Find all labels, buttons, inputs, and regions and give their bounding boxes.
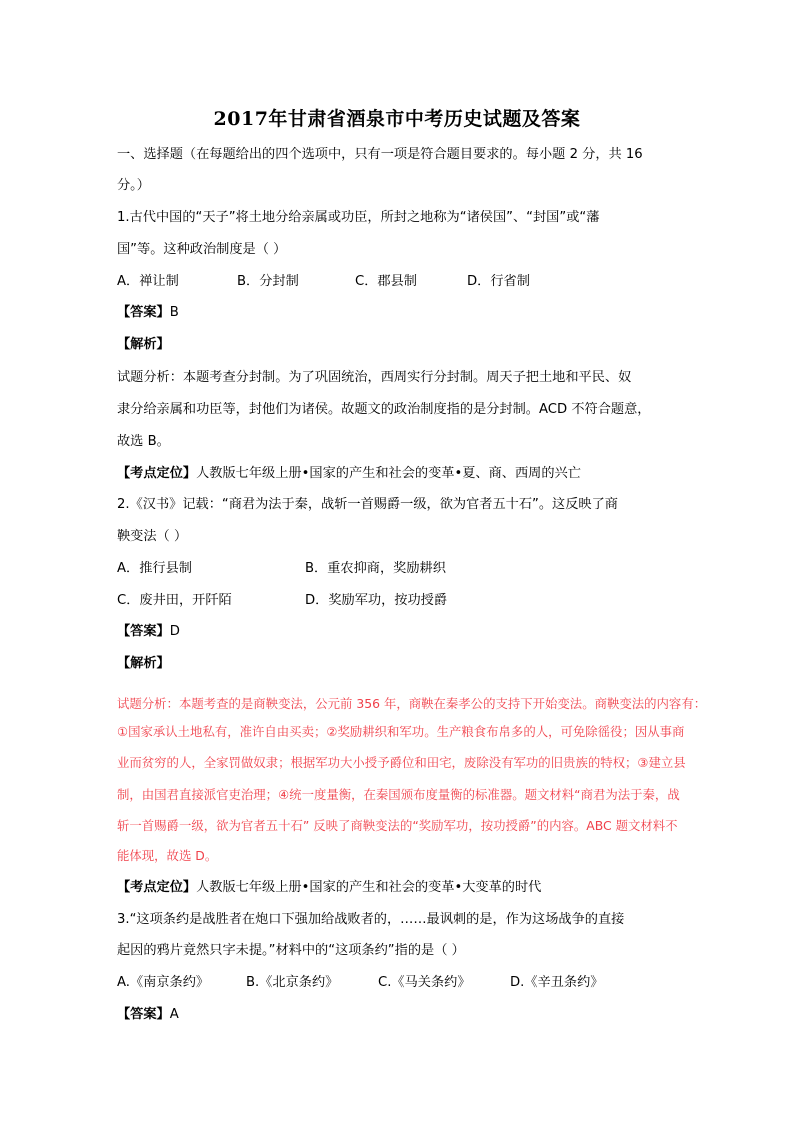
option-a: A．禅让制 xyxy=(117,274,179,290)
option-b: B．分封制 xyxy=(237,274,299,290)
option-d: D．奖励军功，按功授爵 xyxy=(305,593,447,609)
topic-label: 【考点定位】 xyxy=(117,466,196,481)
question-stem: 1.古代中国的“天子”将土地分给亲属或功臣，所封之地称为“诸侯国”、“封国”或“… xyxy=(117,210,599,226)
answer-line: 【答案】B xyxy=(117,305,179,321)
option-a: A.《南京条约》 xyxy=(117,975,209,991)
option-c: C．郡县制 xyxy=(355,274,417,290)
section-header: 一、选择题（在每题给出的四个选项中，只有一项是符合题目要求的。每小题 2 分，共… xyxy=(117,147,643,163)
answer-value: D xyxy=(170,624,180,639)
answer-value: B xyxy=(170,305,179,320)
option-a: A．推行县制 xyxy=(117,561,192,577)
analysis-text-red: 能体现，故选 D。 xyxy=(117,848,217,864)
option-b: B．重农抑商，奖励耕织 xyxy=(305,561,446,577)
analysis-label: 【解析】 xyxy=(117,337,170,353)
analysis-text: 隶分给亲属和功臣等，封他们为诸侯。故题文的政治制度指的是分封制。ACD 不符合题… xyxy=(117,402,650,418)
analysis-label: 【解析】 xyxy=(117,656,170,672)
topic-value: 人教版七年级上册•国家的产生和社会的变革•夏、商、西周的兴亡 xyxy=(196,466,581,481)
option-b: B.《北京条约》 xyxy=(246,975,338,991)
topic-line: 【考点定位】人教版七年级上册•国家的产生和社会的变革•大变革的时代 xyxy=(117,880,541,896)
analysis-text: 故选 B。 xyxy=(117,434,170,450)
analysis-text-red: 制，由国君直接派官吏治理；④统一度量衡，在秦国颁布度量衡的标准器。题文材料“商君… xyxy=(117,787,680,803)
question-stem-cont: 国”等。这种政治制度是（ ） xyxy=(117,242,286,258)
topic-line: 【考点定位】人教版七年级上册•国家的产生和社会的变革•夏、商、西周的兴亡 xyxy=(117,466,581,482)
answer-label: 【答案】 xyxy=(117,624,170,639)
topic-value: 人教版七年级上册•国家的产生和社会的变革•大变革的时代 xyxy=(196,880,541,895)
analysis-text-red: 斩一首赐爵一级，欲为官者五十石” 反映了商鞅变法的“奖励军功，按功授爵”的内容。… xyxy=(117,818,678,834)
document-page: 2017年甘肃省酒泉市中考历史试题及答案 一、选择题（在每题给出的四个选项中，只… xyxy=(0,0,794,1123)
answer-label: 【答案】 xyxy=(117,305,170,320)
question-stem: 2.《汉书》记载：“商君为法于秦，战斩一首赐爵一级，欲为官者五十石”。这反映了商 xyxy=(117,497,618,513)
question-stem: 3.“这项条约是战胜者在炮口下强加给战败者的，……最讽刺的是，作为这场战争的直接 xyxy=(117,912,624,928)
analysis-text-red: 业而贫穷的人，全家罚做奴隶；根据军功大小授予爵位和田宅，废除没有军功的旧贵族的特… xyxy=(117,755,686,771)
question-stem-cont: 起因的鸦片竟然只字未提。”材料中的“这项条约”指的是（ ） xyxy=(117,943,465,959)
option-c: C．废井田，开阡陌 xyxy=(117,593,232,609)
analysis-text-red: 试题分析：本题考查的是商鞅变法，公元前 356 年，商鞅在秦孝公的支持下开始变法… xyxy=(117,696,706,712)
answer-value: A xyxy=(170,1007,179,1022)
question-stem-cont: 鞅变法（ ） xyxy=(117,529,187,545)
topic-label: 【考点定位】 xyxy=(117,880,196,895)
option-d: D.《辛丑条约》 xyxy=(510,975,603,991)
answer-line: 【答案】A xyxy=(117,1007,179,1023)
answer-line: 【答案】D xyxy=(117,624,180,640)
document-title: 2017年甘肃省酒泉市中考历史试题及答案 xyxy=(0,104,794,131)
section-header-cont: 分。） xyxy=(117,178,150,194)
answer-label: 【答案】 xyxy=(117,1007,170,1022)
option-d: D．行省制 xyxy=(467,274,530,290)
option-c: C.《马关条约》 xyxy=(378,975,471,991)
analysis-text: 试题分析：本题考查分封制。为了巩固统治，西周实行分封制。周天子把土地和平民、奴 xyxy=(117,370,631,386)
analysis-text-red: ①国家承认土地私有，准许自由买卖；②奖励耕织和军功。生产粮食布帛多的人，可免除徭… xyxy=(117,724,684,740)
